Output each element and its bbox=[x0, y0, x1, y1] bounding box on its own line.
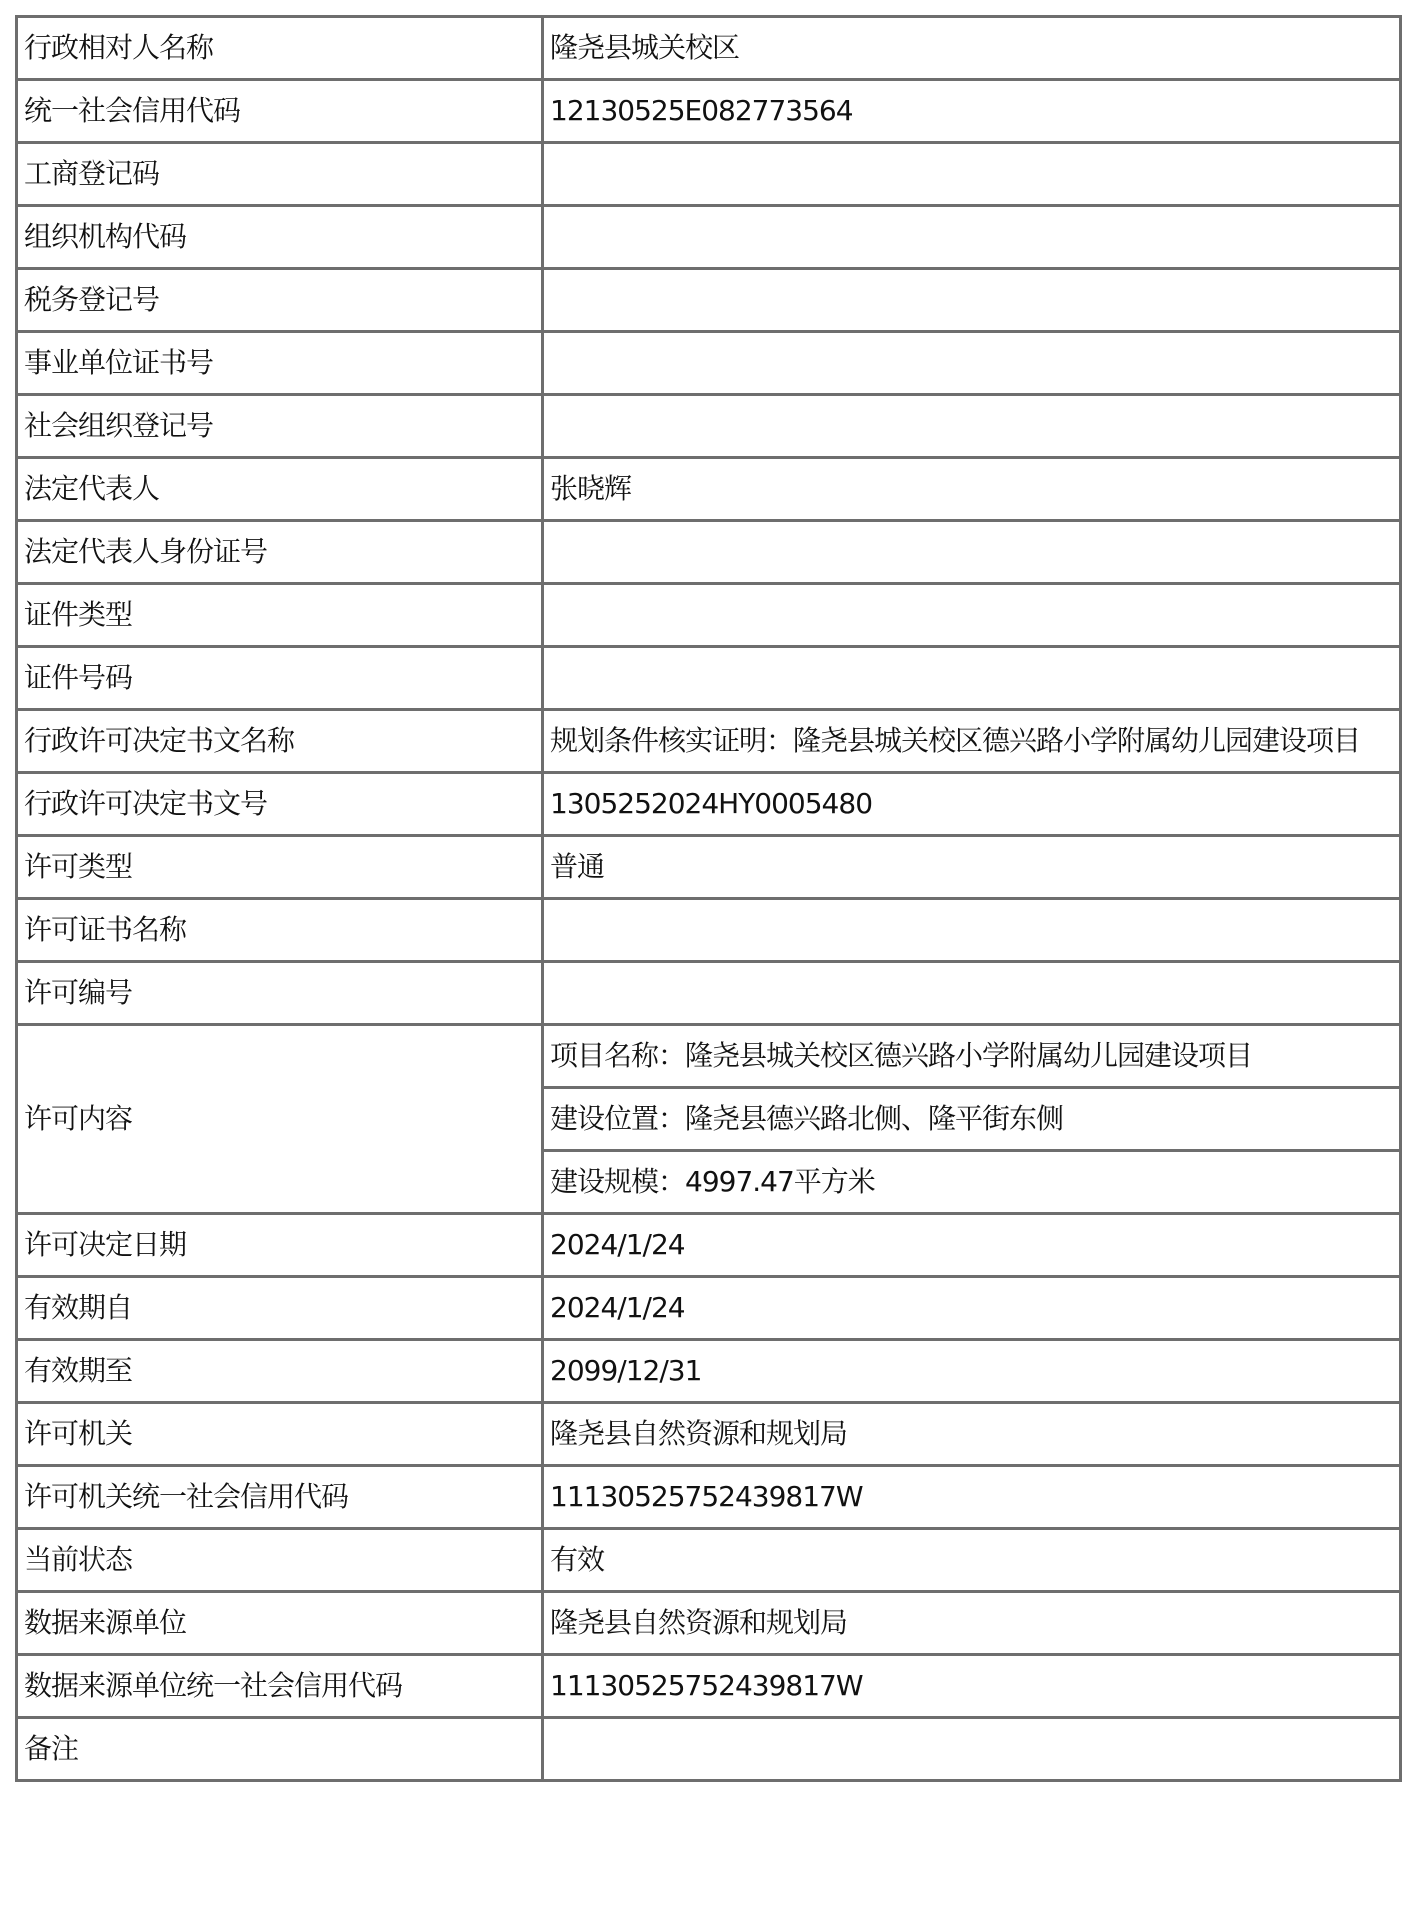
table-row: 备注 bbox=[17, 1718, 1401, 1781]
field-label: 当前状态 bbox=[17, 1529, 543, 1592]
table-row: 许可编号 bbox=[17, 962, 1401, 1025]
field-value: 普通 bbox=[543, 836, 1401, 899]
table-row: 许可机关 隆尧县自然资源和规划局 bbox=[17, 1403, 1401, 1466]
field-label: 备注 bbox=[17, 1718, 543, 1781]
table-row: 数据来源单位 隆尧县自然资源和规划局 bbox=[17, 1592, 1401, 1655]
table-row: 统一社会信用代码 12130525E082773564 bbox=[17, 80, 1401, 143]
table-row: 工商登记码 bbox=[17, 143, 1401, 206]
field-label: 行政许可决定书文名称 bbox=[17, 710, 543, 773]
table-row: 证件类型 bbox=[17, 584, 1401, 647]
field-value bbox=[543, 395, 1401, 458]
field-label: 法定代表人 bbox=[17, 458, 543, 521]
table-row: 许可机关统一社会信用代码 11130525752439817W bbox=[17, 1466, 1401, 1529]
field-value: 12130525E082773564 bbox=[543, 80, 1401, 143]
field-label: 有效期自 bbox=[17, 1277, 543, 1340]
table-row: 行政许可决定书文号 1305252024HY0005480 bbox=[17, 773, 1401, 836]
field-value bbox=[543, 332, 1401, 395]
field-label: 税务登记号 bbox=[17, 269, 543, 332]
field-label: 工商登记码 bbox=[17, 143, 543, 206]
table-row: 行政相对人名称 隆尧县城关校区 bbox=[17, 17, 1401, 80]
field-label: 许可证书名称 bbox=[17, 899, 543, 962]
field-value: 2024/1/24 bbox=[543, 1277, 1401, 1340]
field-label: 数据来源单位统一社会信用代码 bbox=[17, 1655, 543, 1718]
table-row: 行政许可决定书文名称 规划条件核实证明：隆尧县城关校区德兴路小学附属幼儿园建设项… bbox=[17, 710, 1401, 773]
table-row: 证件号码 bbox=[17, 647, 1401, 710]
field-label: 行政许可决定书文号 bbox=[17, 773, 543, 836]
field-value: 2099/12/31 bbox=[543, 1340, 1401, 1403]
field-label: 组织机构代码 bbox=[17, 206, 543, 269]
field-value bbox=[543, 584, 1401, 647]
field-label: 有效期至 bbox=[17, 1340, 543, 1403]
table-row: 许可类型 普通 bbox=[17, 836, 1401, 899]
field-label: 统一社会信用代码 bbox=[17, 80, 543, 143]
table-row: 许可证书名称 bbox=[17, 899, 1401, 962]
field-value bbox=[543, 206, 1401, 269]
field-value: 张晓辉 bbox=[543, 458, 1401, 521]
field-label: 证件号码 bbox=[17, 647, 543, 710]
field-label: 许可内容 bbox=[17, 1025, 543, 1214]
field-value: 2024/1/24 bbox=[543, 1214, 1401, 1277]
field-value bbox=[543, 962, 1401, 1025]
table-row: 税务登记号 bbox=[17, 269, 1401, 332]
field-value bbox=[543, 647, 1401, 710]
field-value: 规划条件核实证明：隆尧县城关校区德兴路小学附属幼儿园建设项目 bbox=[543, 710, 1401, 773]
field-value: 隆尧县城关校区 bbox=[543, 17, 1401, 80]
table-row: 当前状态 有效 bbox=[17, 1529, 1401, 1592]
field-label: 社会组织登记号 bbox=[17, 395, 543, 458]
table-row: 许可内容 项目名称：隆尧县城关校区德兴路小学附属幼儿园建设项目 bbox=[17, 1025, 1401, 1088]
field-label: 许可机关统一社会信用代码 bbox=[17, 1466, 543, 1529]
field-value bbox=[543, 899, 1401, 962]
table-row: 法定代表人身份证号 bbox=[17, 521, 1401, 584]
field-label: 事业单位证书号 bbox=[17, 332, 543, 395]
table-row: 社会组织登记号 bbox=[17, 395, 1401, 458]
permit-content-scale: 建设规模：4997.47平方米 bbox=[543, 1151, 1401, 1214]
field-value bbox=[543, 143, 1401, 206]
field-value: 1305252024HY0005480 bbox=[543, 773, 1401, 836]
field-label: 许可类型 bbox=[17, 836, 543, 899]
field-label: 法定代表人身份证号 bbox=[17, 521, 543, 584]
field-label: 许可机关 bbox=[17, 1403, 543, 1466]
field-value bbox=[543, 521, 1401, 584]
table-row: 组织机构代码 bbox=[17, 206, 1401, 269]
status-value: 有效 bbox=[543, 1529, 1401, 1592]
table-row: 许可决定日期 2024/1/24 bbox=[17, 1214, 1401, 1277]
field-label: 许可编号 bbox=[17, 962, 543, 1025]
field-value bbox=[543, 269, 1401, 332]
field-value: 11130525752439817W bbox=[543, 1655, 1401, 1718]
field-value: 隆尧县自然资源和规划局 bbox=[543, 1403, 1401, 1466]
field-label: 行政相对人名称 bbox=[17, 17, 543, 80]
field-label: 证件类型 bbox=[17, 584, 543, 647]
field-value: 11130525752439817W bbox=[543, 1466, 1401, 1529]
field-label: 许可决定日期 bbox=[17, 1214, 543, 1277]
field-value bbox=[543, 1718, 1401, 1781]
permit-info-table: 行政相对人名称 隆尧县城关校区 统一社会信用代码 12130525E082773… bbox=[15, 15, 1402, 1782]
permit-content-project-name: 项目名称：隆尧县城关校区德兴路小学附属幼儿园建设项目 bbox=[543, 1025, 1401, 1088]
field-label: 数据来源单位 bbox=[17, 1592, 543, 1655]
permit-content-location: 建设位置：隆尧县德兴路北侧、隆平街东侧 bbox=[543, 1088, 1401, 1151]
table-row: 数据来源单位统一社会信用代码 11130525752439817W bbox=[17, 1655, 1401, 1718]
table-row: 法定代表人 张晓辉 bbox=[17, 458, 1401, 521]
field-value: 隆尧县自然资源和规划局 bbox=[543, 1592, 1401, 1655]
table-row: 有效期自 2024/1/24 bbox=[17, 1277, 1401, 1340]
table-row: 事业单位证书号 bbox=[17, 332, 1401, 395]
table-row: 有效期至 2099/12/31 bbox=[17, 1340, 1401, 1403]
